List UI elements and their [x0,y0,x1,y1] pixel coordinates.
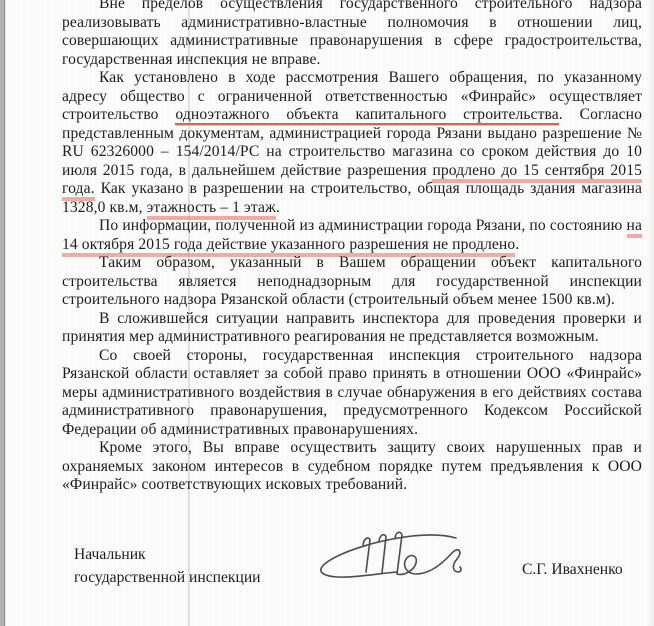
scan-left-edge [0,0,6,626]
highlight-one-storey-object: одноэтажного объекта капитального строит… [175,106,558,126]
paragraph-admin-measures: Со своей стороны, государственная инспек… [62,347,642,440]
paragraph-not-supervised: Таким образом, указанный в Вашем обращен… [62,254,642,310]
paragraph-text: В сложившейся ситуации направить инспект… [62,310,642,346]
letter-body: Вне пределов осуществления государственн… [62,0,642,495]
paragraph-text: Таким образом, указанный в Вашем обращен… [62,254,642,308]
paragraph-outside-supervision: Вне пределов осуществления государственн… [62,0,642,69]
signer-position-line1: Начальник [74,544,261,567]
paragraph-case-findings: Как установлено в ходе рассмотрения Ваше… [62,69,642,217]
scanned-letter-page: Вне пределов осуществления государственн… [0,0,654,626]
signer-position: Начальник государственной инспекции [74,544,261,589]
scan-right-edge [647,0,654,626]
paragraph-permit-status: По информации, полученной из администрац… [62,217,642,254]
paragraph-text: . [276,199,280,216]
underline-one-storey-object: одноэтажного объекта капитального строит… [175,106,558,125]
paragraph-text: По информации, полученной из администрац… [99,217,627,234]
paragraph-court-protection: Кроме этого, Вы вправе осуществить защит… [62,439,642,495]
paragraph-inspector-impossible: В сложившейся ситуации направить инспект… [62,310,642,347]
paragraph-text: . [515,236,519,253]
paragraph-text: Кроме этого, Вы вправе осуществить защит… [62,439,642,493]
signer-name: С.Г. Ивахненко [522,561,623,579]
paragraph-text: Со своей стороны, государственная инспек… [62,347,642,438]
paragraph-text: Вне пределов осуществления государственн… [62,0,642,68]
handwritten-signature-icon [313,521,471,591]
signer-position-line2: государственной инспекции [74,567,261,590]
